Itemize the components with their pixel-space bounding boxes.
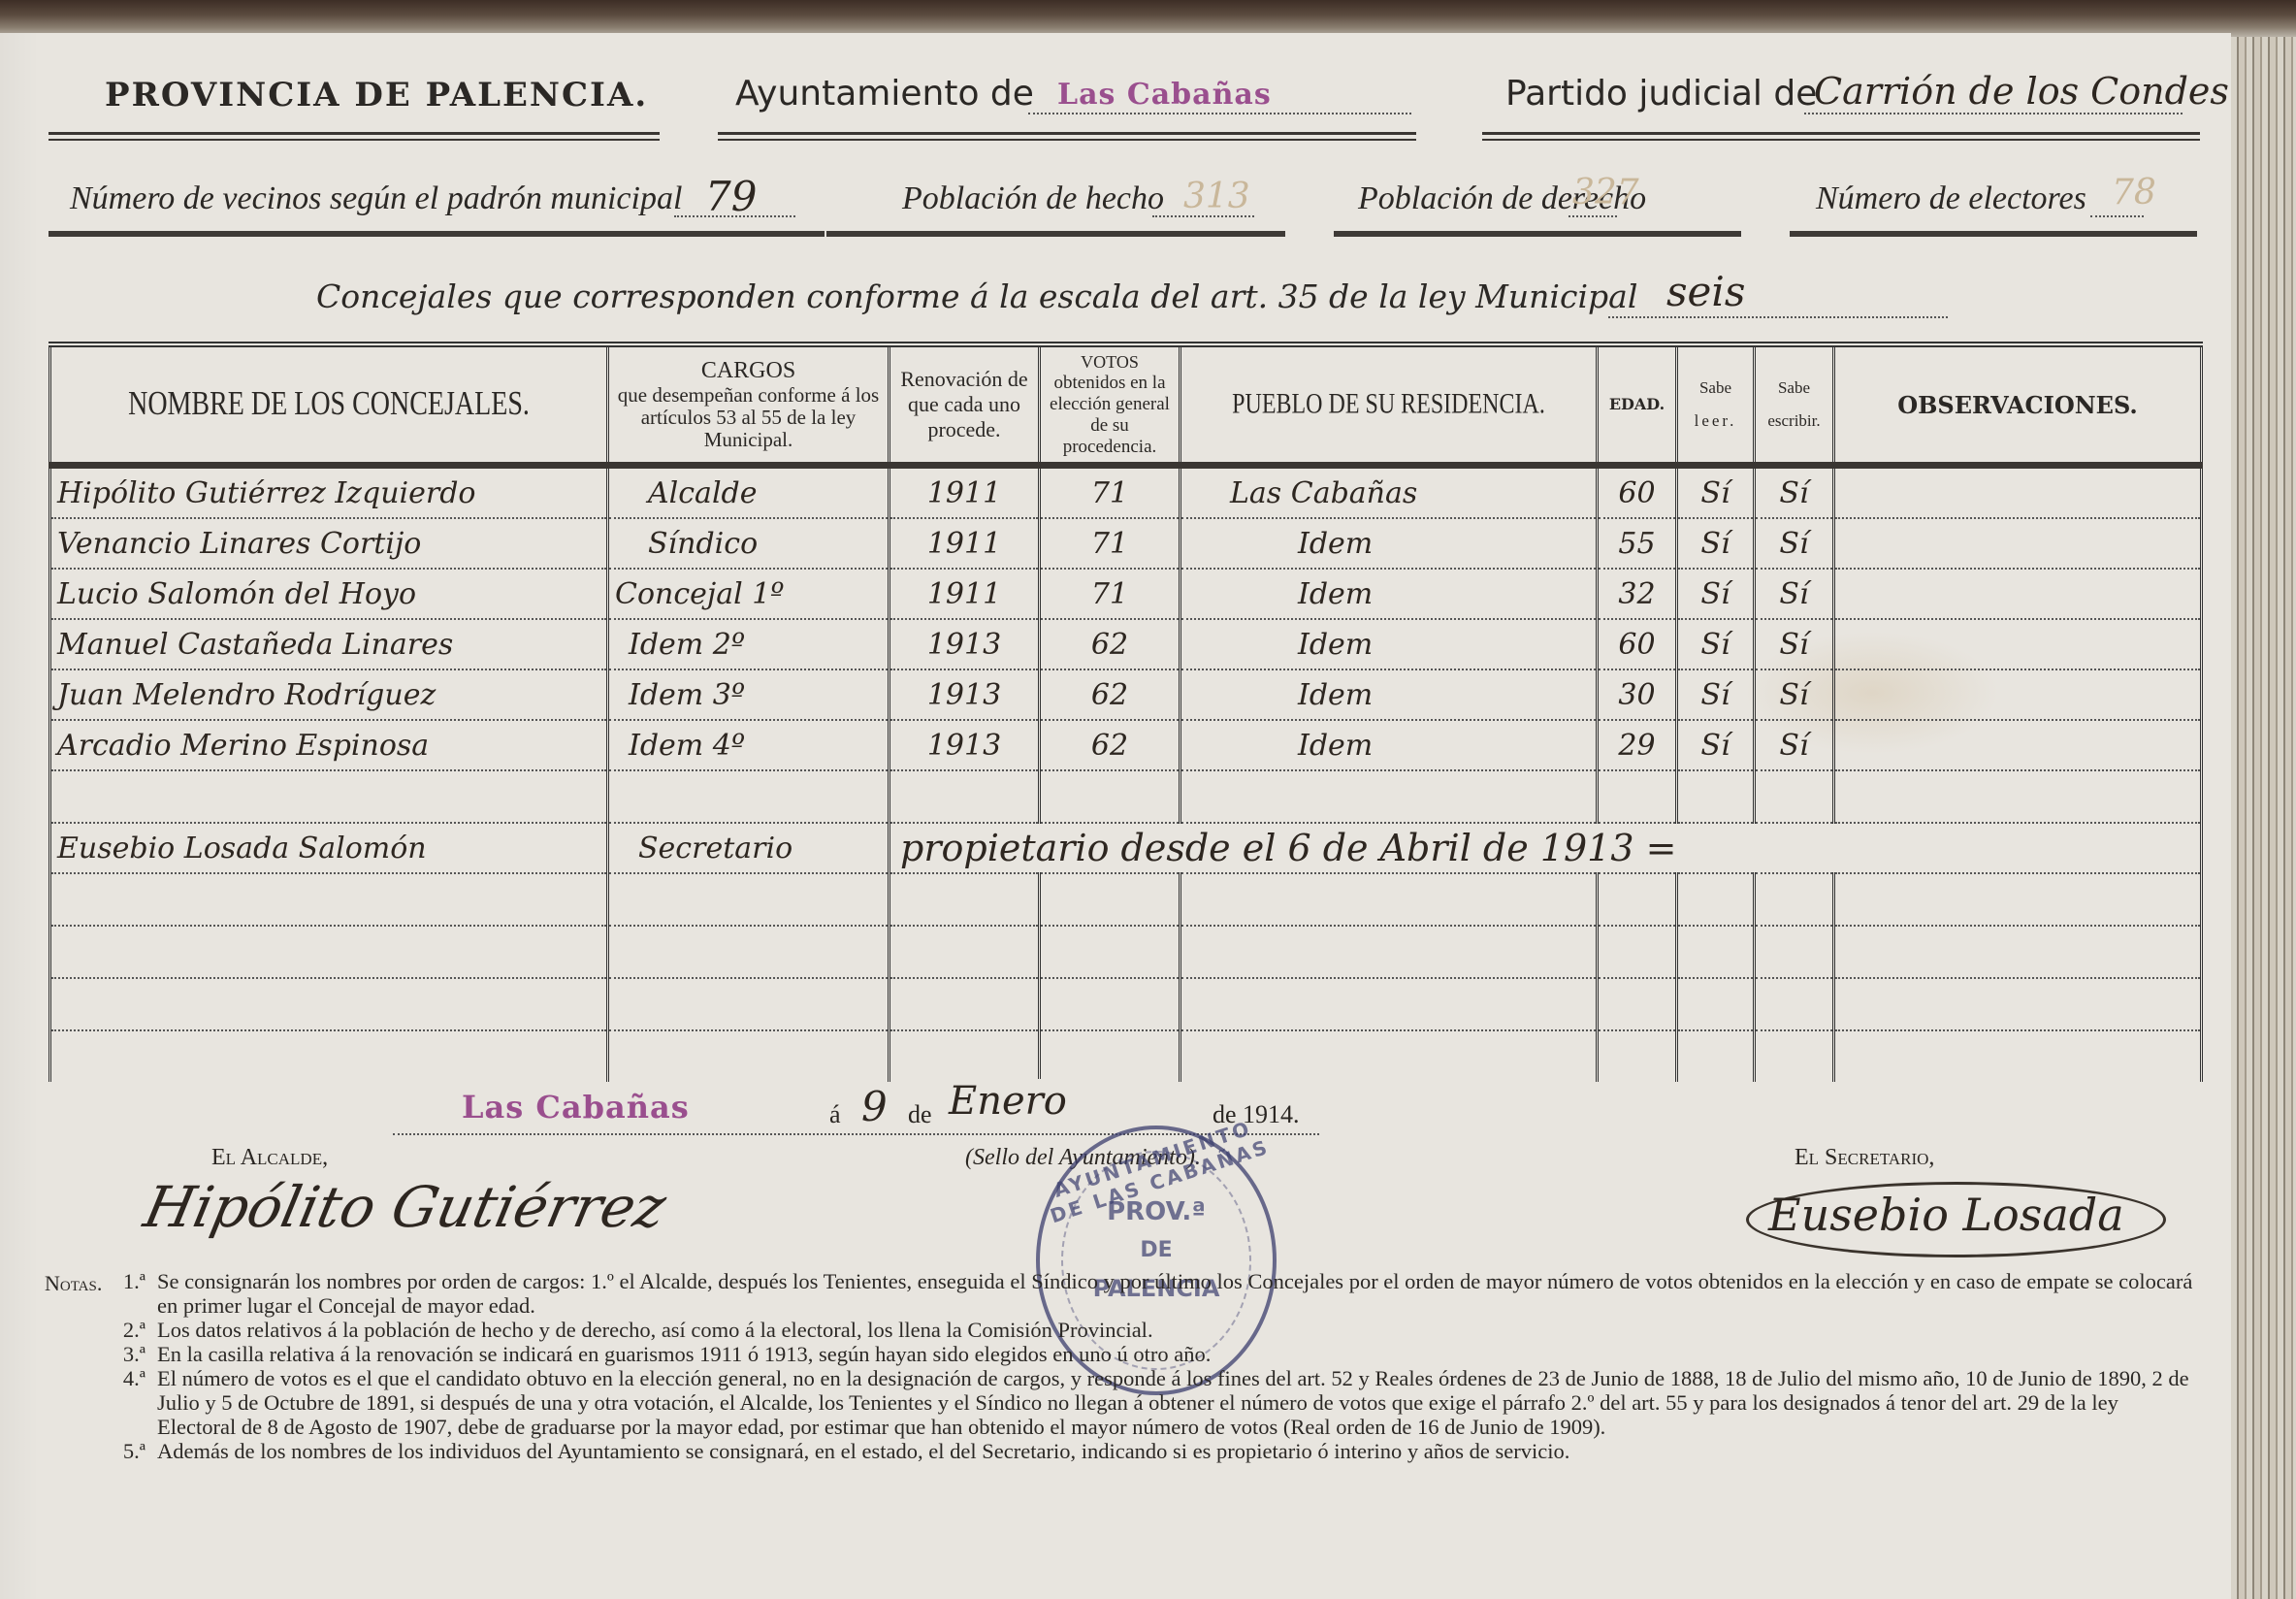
cell-observaciones: [1834, 720, 2202, 770]
cell-escribir: Sí: [1755, 619, 1834, 669]
divider: [49, 231, 825, 237]
cell-renovacion: 1911: [889, 518, 1040, 569]
cell-cargo: Idem 4º: [608, 720, 889, 770]
cell-votos: 62: [1040, 619, 1180, 669]
cell-renovacion: 1911: [889, 466, 1040, 519]
cell-leer: Sí: [1677, 669, 1755, 720]
cell-cargo: Idem 2º: [608, 619, 889, 669]
table-row-secretario: Eusebio Losada Salomón Secretario propie…: [50, 823, 2202, 873]
col-renovacion: Renovación de que cada uno procede.: [889, 344, 1040, 466]
date-month: Enero: [949, 1079, 1067, 1124]
electores-value: 78: [2112, 173, 2156, 212]
cell-cargo: Alcalde: [608, 466, 889, 519]
table-row: Venancio Linares Cortijo Síndico 1911 71…: [50, 518, 2202, 569]
divider: [49, 132, 660, 141]
date-place: Las Cabañas: [456, 1089, 695, 1126]
cell-votos: 62: [1040, 669, 1180, 720]
cell-renovacion: 1911: [889, 569, 1040, 619]
hecho-value: 313: [1183, 177, 1250, 216]
cell-votos: 71: [1040, 466, 1180, 519]
cell-escribir: Sí: [1755, 569, 1834, 619]
cell-secretario-detalle: propietario desde el 6 de Abril de 1913 …: [889, 823, 2202, 873]
cell-leer: Sí: [1677, 619, 1755, 669]
table-row-empty: [50, 926, 2202, 978]
table-row: Hipólito Gutiérrez Izquierdo Alcalde 191…: [50, 466, 2202, 519]
cell-edad: 32: [1598, 569, 1677, 619]
date-a: á: [829, 1100, 841, 1129]
cell-leer: Sí: [1677, 518, 1755, 569]
note-item: 2.ªLos datos relativos á la población de…: [39, 1318, 2202, 1342]
col-pueblo: PUEBLO DE SU RESIDENCIA.: [1180, 344, 1598, 466]
cell-renovacion: 1913: [889, 619, 1040, 669]
table-row-empty: [50, 873, 2202, 926]
cell-escribir: Sí: [1755, 669, 1834, 720]
ayuntamiento-label: Ayuntamiento de: [735, 74, 1034, 114]
cell-observaciones: [1834, 466, 2202, 519]
date-day: 9: [861, 1083, 888, 1130]
hecho-field: 313: [1152, 186, 1254, 217]
ayuntamiento-value: Las Cabañas: [1057, 78, 1272, 112]
derecho-value: 327: [1572, 173, 1639, 212]
vecinos-field: 79: [674, 186, 795, 217]
partido-label: Partido judicial de: [1505, 74, 1817, 114]
table-row: Manuel Castañeda Linares Idem 2º 1913 62…: [50, 619, 2202, 669]
divider: [1790, 231, 2197, 237]
cell-leer: Sí: [1677, 720, 1755, 770]
cell-edad: 29: [1598, 720, 1677, 770]
note-item: 5.ªAdemás de los nombres de los individu…: [39, 1439, 2202, 1463]
alcalde-signature: Hipólito Gutiérrez: [139, 1174, 672, 1240]
cell-cargo: Secretario: [608, 823, 889, 873]
cell-pueblo: Las Cabañas: [1180, 466, 1598, 519]
book-binding: [0, 0, 2296, 37]
hecho-label: Población de hecho: [902, 180, 1164, 217]
cell-observaciones: [1834, 669, 2202, 720]
note-item: 1.ªSe consignarán los nombres por orden …: [39, 1269, 2202, 1318]
cell-pueblo: Idem: [1180, 669, 1598, 720]
cell-escribir: Sí: [1755, 720, 1834, 770]
cell-pueblo: Idem: [1180, 619, 1598, 669]
table-row: Juan Melendro Rodríguez Idem 3º 1913 62 …: [50, 669, 2202, 720]
cell-leer: Sí: [1677, 569, 1755, 619]
table-row: Arcadio Merino Espinosa Idem 4º 1913 62 …: [50, 720, 2202, 770]
cell-renovacion: 1913: [889, 669, 1040, 720]
col-edad: EDAD.: [1598, 344, 1677, 466]
cell-nombre: Venancio Linares Cortijo: [50, 518, 608, 569]
derecho-field: 327: [1568, 186, 1617, 217]
cell-nombre: Juan Melendro Rodríguez: [50, 669, 608, 720]
col-votos: VOTOSobtenidos en la elección general de…: [1040, 344, 1180, 466]
cell-observaciones: [1834, 518, 2202, 569]
table-row-empty: [50, 1030, 2202, 1082]
date-de: de: [908, 1100, 932, 1129]
concejales-table: NOMBRE DE LOS CONCEJALES. CARGOSque dese…: [49, 342, 2203, 1082]
divider: [826, 231, 1285, 237]
cell-leer: Sí: [1677, 466, 1755, 519]
concejales-value: seis: [1666, 268, 1745, 315]
vecinos-label: Número de vecinos según el padrón munici…: [70, 180, 682, 217]
cell-pueblo: Idem: [1180, 518, 1598, 569]
cell-nombre: Hipólito Gutiérrez Izquierdo: [50, 466, 608, 519]
cell-edad: 60: [1598, 466, 1677, 519]
cell-pueblo: Idem: [1180, 720, 1598, 770]
electores-label: Número de electores: [1816, 180, 2086, 217]
cell-escribir: Sí: [1755, 466, 1834, 519]
notes-section: Notas. 1.ªSe consignarán los nombres por…: [39, 1269, 2202, 1463]
cell-nombre: Manuel Castañeda Linares: [50, 619, 608, 669]
note-item: 4.ªEl número de votos es el que el candi…: [39, 1366, 2202, 1439]
cell-cargo: Concejal 1º: [608, 569, 889, 619]
cell-votos: 71: [1040, 518, 1180, 569]
divider: [1334, 231, 1741, 237]
notes-label: Notas.: [45, 1271, 102, 1295]
cell-edad: 60: [1598, 619, 1677, 669]
ayuntamiento-field: Las Cabañas: [1028, 82, 1411, 114]
note-item: 3.ªEn la casilla relativa á la renovació…: [39, 1342, 2202, 1366]
cell-nombre: Arcadio Merino Espinosa: [50, 720, 608, 770]
secretario-label: El Secretario,: [1795, 1145, 1934, 1171]
table-row-empty: [50, 770, 2202, 823]
table-header-row: NOMBRE DE LOS CONCEJALES. CARGOSque dese…: [50, 344, 2202, 466]
divider: [718, 132, 1416, 141]
col-leer: Sabeleer.: [1677, 344, 1755, 466]
alcalde-label: El Alcalde,: [211, 1145, 328, 1171]
cell-nombre: Lucio Salomón del Hoyo: [50, 569, 608, 619]
secretario-signature: Eusebio Losada: [1746, 1182, 2166, 1257]
partido-value: Carrión de los Condes: [1814, 70, 2229, 113]
divider: [1482, 132, 2200, 141]
col-nombre: NOMBRE DE LOS CONCEJALES.: [50, 344, 608, 466]
page-edges: [2231, 37, 2296, 1599]
col-observaciones: OBSERVACIONES.: [1834, 344, 2202, 466]
electores-field: 78: [2090, 186, 2144, 217]
col-cargos: CARGOSque desempeñan conforme á los artí…: [608, 344, 889, 466]
table-row: Lucio Salomón del Hoyo Concejal 1º 1911 …: [50, 569, 2202, 619]
cell-escribir: Sí: [1755, 518, 1834, 569]
provincia-heading: PROVINCIA DE PALENCIA.: [105, 76, 648, 114]
cell-edad: 55: [1598, 518, 1677, 569]
cell-cargo: Idem 3º: [608, 669, 889, 720]
cell-votos: 71: [1040, 569, 1180, 619]
cell-nombre: Eusebio Losada Salomón: [50, 823, 608, 873]
cell-cargo: Síndico: [608, 518, 889, 569]
col-escribir: Sabeescribir.: [1755, 344, 1834, 466]
table-row-empty: [50, 978, 2202, 1030]
cell-edad: 30: [1598, 669, 1677, 720]
vecinos-value: 79: [705, 173, 757, 220]
cell-pueblo: Idem: [1180, 569, 1598, 619]
partido-field: Carrión de los Condes: [1804, 82, 2183, 114]
concejales-field: seis: [1608, 291, 1948, 318]
cell-renovacion: 1913: [889, 720, 1040, 770]
concejales-label: Concejales que corresponden conforme á l…: [316, 277, 1637, 315]
cell-observaciones: [1834, 619, 2202, 669]
cell-observaciones: [1834, 569, 2202, 619]
cell-votos: 62: [1040, 720, 1180, 770]
